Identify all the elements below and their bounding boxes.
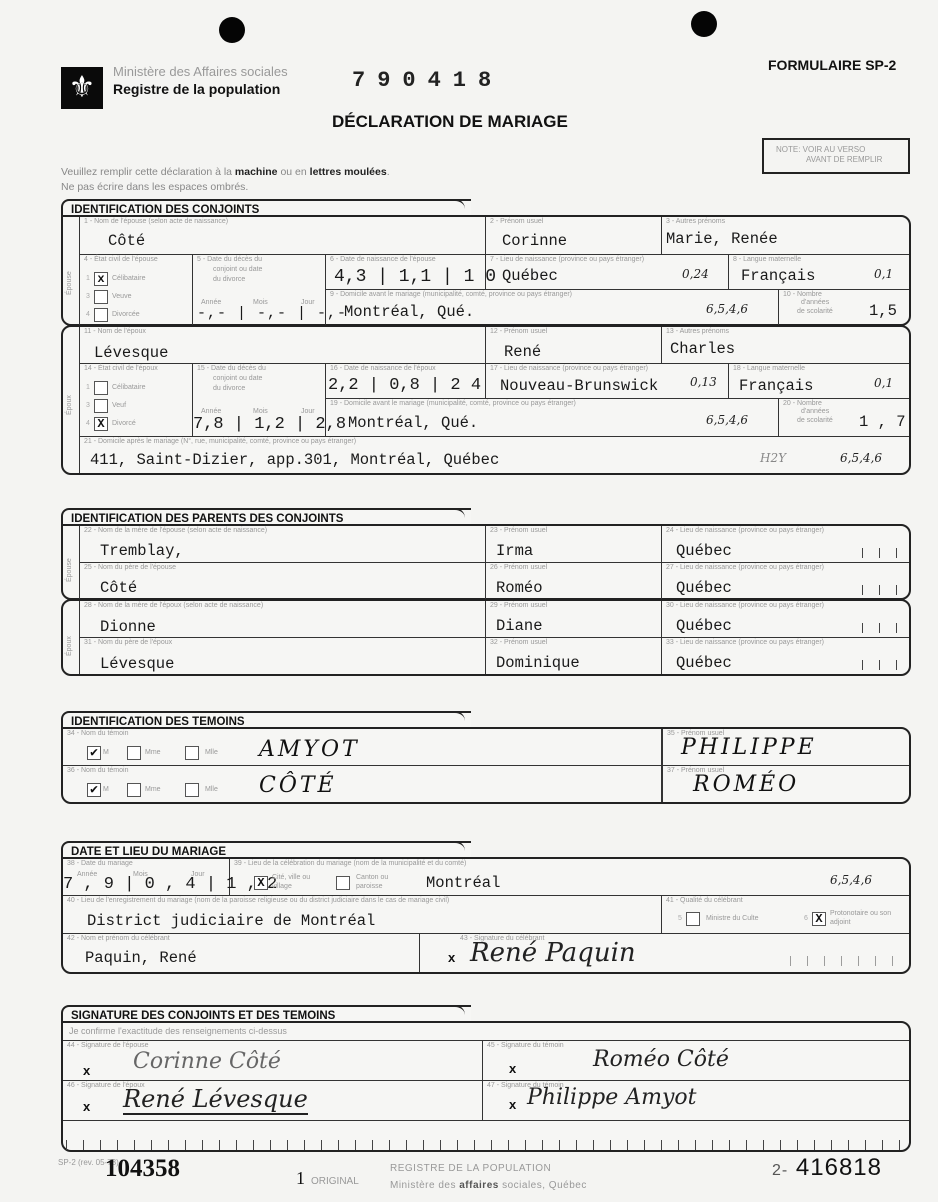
field-label: 5 - Date du décès du: [197, 256, 262, 263]
field-label: 33 - Lieu de naissance (province ou pays…: [666, 639, 824, 646]
field-value: AMYOT: [259, 737, 360, 762]
field-value: Charles: [670, 340, 735, 358]
field-label: 13 - Autres prénoms: [666, 328, 729, 335]
field-value: 1,5: [869, 302, 897, 320]
option-label: Mme: [145, 749, 161, 756]
ministry-name: Ministère des Affaires sociales: [113, 64, 288, 79]
field-label: d'années: [801, 299, 829, 306]
note-box: NOTE: VOIR AU VERSO AVANT DE REMPLIR: [762, 138, 910, 174]
signature-x-mark: x: [83, 1063, 90, 1078]
side-label-epoux: Époux: [66, 636, 73, 656]
checkbox-m[interactable]: ✔: [87, 746, 101, 760]
annee-label: Année: [201, 408, 221, 415]
checkbox-celibataire[interactable]: [94, 381, 108, 395]
option-num: 1: [86, 384, 90, 391]
option-num: 3: [86, 293, 90, 300]
field-prenom-epoux[interactable]: 12 - Prénom usuel René: [486, 327, 662, 364]
field-nom-epoux[interactable]: 11 - Nom de l'époux Lévesque: [79, 327, 486, 364]
checkbox-veuf[interactable]: [94, 399, 108, 413]
field-value: 411, Saint-Dizier, app.301, Montréal, Qu…: [90, 451, 499, 469]
field-label: 1 - Nom de l'épouse (selon acte de naiss…: [84, 218, 228, 225]
field-label: du divorce: [213, 276, 245, 283]
field-value: 4,3 | 1,1 | 1 0: [334, 267, 496, 287]
field-lieu-mere-epoux[interactable]: 30 - Lieu de naissance (province ou pays…: [662, 601, 909, 638]
field-prenom-pere-epoux[interactable]: 32 - Prénom usuel Dominique: [486, 638, 662, 674]
field-value: Tremblay,: [100, 542, 184, 560]
instructions: Veuillez remplir cette déclaration à la …: [61, 165, 390, 195]
field-label: 34 - Nom du témoin: [67, 730, 128, 737]
field-label: 24 - Lieu de naissance (province ou pays…: [666, 527, 824, 534]
instr-machine: machine: [235, 166, 278, 178]
field-mere-epoux[interactable]: 28 - Nom de la mère de l'époux (selon ac…: [79, 601, 486, 638]
side-label-epouse: Épouse: [66, 558, 73, 582]
checkbox-cite-ville-village[interactable]: X: [254, 876, 268, 890]
field-label: 16 - Date de naissance de l'époux: [330, 365, 436, 372]
field-enregistrement[interactable]: 40 - Lieu de l'enregistrement du mariage…: [63, 896, 662, 934]
footer-reg-post: sociales, Québec: [499, 1180, 587, 1191]
signature: Roméo Côté: [593, 1047, 729, 1072]
field-label: 38 - Date du mariage: [67, 860, 133, 867]
field-autres-prenoms-epoux[interactable]: 13 - Autres prénoms Charles: [662, 327, 909, 364]
form-id: FORMULAIRE SP-2: [768, 57, 896, 73]
footer-reg-line1: REGISTRE DE LA POPULATION: [390, 1163, 551, 1174]
field-label: 42 - Nom et prénom du célébrant: [67, 935, 170, 942]
copy-number: 1: [296, 1168, 305, 1188]
field-value: Diane: [496, 617, 543, 635]
confirm-statement: Je confirme l'exactitude des renseigneme…: [63, 1023, 909, 1041]
footer-reg-bold: affaires: [459, 1180, 499, 1191]
field-prenom-mere-epouse[interactable]: 23 - Prénom usuel Irma: [486, 526, 662, 563]
option-num: 4: [86, 420, 90, 427]
field-label: 41 - Qualité du célébrant: [666, 897, 743, 904]
field-domicile-epoux[interactable]: 19 - Domicile avant le mariage (municipa…: [326, 399, 779, 437]
field-qualite-celebrant: 41 - Qualité du célébrant 5 Ministre du …: [662, 896, 909, 934]
field-label: conjoint ou date: [213, 375, 262, 382]
option-label: Protonotaire ou son adjoint: [830, 909, 900, 927]
field-value: Montréal, Qué.: [344, 303, 474, 321]
field-signature-temoin-1[interactable]: 45 - Signature du témoin x Roméo Côté: [483, 1041, 909, 1081]
field-scolarite-epoux[interactable]: 20 - Nombre d'années de scolarité 1 , 7: [779, 399, 909, 437]
option-label: Cité, ville ou village: [272, 873, 316, 891]
field-label: 12 - Prénom usuel: [490, 328, 547, 335]
option-num: 6: [804, 915, 808, 922]
mois-label: Mois: [253, 408, 268, 415]
field-value: Lévesque: [94, 344, 168, 362]
field-label: 39 - Lieu de la célébration du mariage (…: [234, 860, 466, 867]
field-prenom-temoin-2[interactable]: 37 - Prénom usuel ROMÉO: [662, 766, 909, 802]
field-value: Côté: [100, 579, 137, 597]
registration-num: 416818: [796, 1154, 882, 1181]
field-nom-celebrant[interactable]: 42 - Nom et prénom du célébrant Paquin, …: [63, 934, 420, 972]
tick-strip: [66, 1140, 902, 1150]
field-value: Dionne: [100, 618, 156, 636]
field-date-divorce-epoux[interactable]: 15 - Date du décès du conjoint ou date d…: [193, 364, 326, 437]
checkbox-mme[interactable]: [127, 783, 141, 797]
field-value: CÔTÉ: [259, 773, 337, 798]
checkbox-divorcee[interactable]: [94, 308, 108, 322]
field-value: Québec: [676, 542, 732, 560]
document-number: 104358: [105, 1155, 180, 1183]
field-prenom-temoin-1[interactable]: 35 - Prénom usuel PHILIPPE: [662, 729, 909, 766]
confirm-text: Je confirme l'exactitude des renseigneme…: [69, 1026, 287, 1036]
checkbox-celibataire[interactable]: x: [94, 272, 108, 286]
option-num: 3: [86, 402, 90, 409]
field-langue-epoux[interactable]: 18 - Langue maternelle Français 0,1: [729, 364, 909, 399]
field-label: 17 - Lieu de naissance (province ou pays…: [490, 365, 648, 372]
field-nom-epouse[interactable]: 1 - Nom de l'épouse (selon acte de naiss…: [79, 217, 486, 255]
field-prenom-mere-epoux[interactable]: 29 - Prénom usuel Diane: [486, 601, 662, 638]
field-signature-epoux[interactable]: 46 - Signature de l'époux x René Lévesqu…: [63, 1081, 483, 1121]
field-label: 7 - Lieu de naissance (province ou pays …: [490, 256, 644, 263]
field-label: 20 - Nombre: [783, 400, 822, 407]
field-label: 21 - Domicile après le mariage (N°, rue,…: [84, 438, 356, 445]
option-label: Divorcée: [112, 311, 140, 318]
option-num: 1: [86, 275, 90, 282]
option-label: M: [103, 786, 109, 793]
signature-x-mark: x: [509, 1061, 516, 1076]
checkbox-ministre-du-culte[interactable]: [686, 912, 700, 926]
field-value: Corinne: [502, 232, 567, 250]
field-code: 0,1: [874, 376, 893, 390]
field-code: 6,5,4,6: [840, 451, 882, 465]
postal-code: H2Y: [760, 451, 786, 465]
copy-label: ORIGINAL: [311, 1176, 359, 1187]
field-value: Paquin, René: [85, 949, 197, 967]
note-line1: NOTE: VOIR AU VERSO: [776, 145, 908, 155]
field-label: 44 - Signature de l'épouse: [67, 1042, 149, 1049]
signature-x-mark: x: [83, 1099, 90, 1114]
registration-prefix: 2-: [772, 1162, 788, 1179]
option-label: Mme: [145, 786, 161, 793]
field-code: 6,5,4,6: [706, 302, 748, 316]
instr-text: Veuillez remplir cette déclaration à la: [61, 166, 235, 178]
option-num: 5: [678, 915, 682, 922]
field-temoin-1[interactable]: 34 - Nom du témoin ✔ M Mme Mlle AMYOT: [63, 729, 662, 766]
field-value: District judiciaire de Montréal: [87, 912, 375, 930]
field-value: Français: [739, 377, 813, 395]
field-lieu-pere-epoux[interactable]: 33 - Lieu de naissance (province ou pays…: [662, 638, 909, 674]
field-label: 2 - Prénom usuel: [490, 218, 543, 225]
field-label: conjoint ou date: [213, 266, 262, 273]
page-title: DÉCLARATION DE MARIAGE: [332, 112, 568, 132]
checkbox-veuve[interactable]: [94, 290, 108, 304]
field-mere-epouse[interactable]: 22 - Nom de la mère de l'épouse (selon a…: [79, 526, 486, 563]
copy-indicator: 1ORIGINAL: [296, 1168, 359, 1189]
option-label: Veuve: [112, 293, 131, 300]
field-label: 45 - Signature du témoin: [487, 1042, 564, 1049]
field-label: 18 - Langue maternelle: [733, 365, 805, 372]
field-label: de scolarité: [797, 308, 833, 315]
checkbox-canton-paroisse[interactable]: [336, 876, 350, 890]
option-num: 4: [86, 311, 90, 318]
field-label: 28 - Nom de la mère de l'époux (selon ac…: [84, 602, 263, 609]
checkbox-mlle[interactable]: [185, 783, 199, 797]
checkbox-mlle[interactable]: [185, 746, 199, 760]
field-signature-temoin-2[interactable]: 47 - Signature du témoin x Philippe Amyo…: [483, 1081, 909, 1121]
option-label: Mlle: [205, 786, 218, 793]
field-value: 7,8 | 1,2 | 2,8: [193, 415, 346, 434]
field-label: 10 - Nombre: [783, 291, 822, 298]
side-label-epouse: Épouse: [66, 271, 73, 295]
field-lieu-naissance-epouse[interactable]: 7 - Lieu de naissance (province ou pays …: [486, 255, 729, 290]
field-label: du divorce: [213, 385, 245, 392]
field-label: 27 - Lieu de naissance (province ou pays…: [666, 564, 824, 571]
signature: René Lévesque: [123, 1085, 308, 1115]
field-naissance-epoux[interactable]: 16 - Date de naissance de l'époux 2,2 | …: [326, 364, 486, 399]
field-scolarite-epouse[interactable]: 10 - Nombre d'années de scolarité 1,5: [779, 290, 909, 325]
signature: René Paquin: [470, 938, 636, 968]
field-label: d'années: [801, 408, 829, 415]
field-value: Irma: [496, 542, 533, 560]
instr-end: .: [387, 166, 390, 178]
field-etat-civil-epouse: 4 - État civil de l'épouse 1 x Célibatai…: [79, 255, 193, 325]
field-label: 31 - Nom du père de l'époux: [84, 639, 172, 646]
field-value: ROMÉO: [693, 772, 799, 797]
field-label: 29 - Prénom usuel: [490, 602, 547, 609]
signature: Corinne Côté: [133, 1049, 281, 1074]
field-label: 11 - Nom de l'époux: [84, 328, 146, 335]
field-label: 32 - Prénom usuel: [490, 639, 547, 646]
signature-x-mark: x: [448, 950, 455, 965]
checkbox-divorce[interactable]: X: [94, 417, 108, 431]
instr-lettres: lettres moulées: [310, 166, 387, 178]
field-value: PHILIPPE: [681, 735, 817, 760]
field-label: 19 - Domicile avant le mariage (municipa…: [330, 400, 576, 407]
footer-registry: REGISTRE DE LA POPULATION Ministère des …: [390, 1160, 587, 1194]
field-pere-epoux[interactable]: 31 - Nom du père de l'époux Lévesque: [79, 638, 486, 674]
field-label: de scolarité: [797, 417, 833, 424]
field-autres-prenoms-epouse[interactable]: 3 - Autres prénoms Marie, Renée: [662, 217, 909, 255]
field-domicile-apres[interactable]: 21 - Domicile après le mariage (N°, rue,…: [79, 437, 909, 473]
checkbox-mme[interactable]: [127, 746, 141, 760]
field-value: Montréal: [426, 874, 500, 892]
field-label: 30 - Lieu de naissance (province ou pays…: [666, 602, 824, 609]
field-label: 3 - Autres prénoms: [666, 218, 725, 225]
field-code: 0,24: [682, 267, 709, 281]
field-date-deces-epouse[interactable]: 5 - Date du décès du conjoint ou date du…: [193, 255, 326, 325]
field-label: 14 - État civil de l'époux: [84, 365, 158, 372]
field-signature-celebrant[interactable]: 43 - Signature du célébrant x René Paqui…: [420, 934, 909, 972]
field-value: 2,2 | 0,8 | 2 4: [328, 376, 481, 395]
option-label: Canton ou paroisse: [356, 873, 406, 891]
registry-name: Registre de la population: [113, 81, 280, 97]
checkbox-m[interactable]: ✔: [87, 783, 101, 797]
checkbox-protonotaire[interactable]: X: [812, 912, 826, 926]
instr-line2: Ne pas écrire dans les espaces ombrés.: [61, 181, 248, 193]
serial-number: 790418: [352, 68, 503, 93]
field-lieu-pere-epouse[interactable]: 27 - Lieu de naissance (province ou pays…: [662, 563, 909, 599]
footer-reg-pre: Ministère des: [390, 1180, 459, 1191]
signature-x-mark: x: [509, 1097, 516, 1112]
field-label: 22 - Nom de la mère de l'épouse (selon a…: [84, 527, 267, 534]
field-etat-civil-epoux: 14 - État civil de l'époux 1 Célibataire…: [79, 364, 193, 437]
option-label: M: [103, 749, 109, 756]
field-value: Montréal, Qué.: [348, 414, 478, 432]
instr-text-mid: ou en: [278, 166, 310, 178]
field-code: 6,5,4,6: [830, 873, 872, 887]
field-code: 0,1: [874, 267, 893, 281]
field-value: Québec: [676, 579, 732, 597]
field-value: Français: [741, 267, 815, 285]
option-label: Célibataire: [112, 275, 145, 282]
option-label: Célibataire: [112, 384, 145, 391]
option-label: Ministre du Culte: [706, 915, 759, 922]
punch-hole-left: [219, 17, 245, 43]
field-pere-epouse[interactable]: 25 - Nom du père de l'épouse Côté: [79, 563, 486, 599]
note-line2: AVANT DE REMPLIR: [776, 155, 908, 165]
registration-number: 2- 416818: [772, 1154, 882, 1182]
field-label: 36 - Nom du témoin: [67, 767, 128, 774]
field-prenom-epouse[interactable]: 2 - Prénom usuel Corinne: [486, 217, 662, 255]
field-label: 25 - Nom du père de l'épouse: [84, 564, 176, 571]
fleur-de-lis-logo-icon: ⚜: [61, 67, 103, 109]
field-label: 40 - Lieu de l'enregistrement du mariage…: [67, 897, 449, 904]
field-label: 26 - Prénom usuel: [490, 564, 547, 571]
field-lieu-naissance-epoux[interactable]: 17 - Lieu de naissance (province ou pays…: [486, 364, 729, 399]
field-label: 9 - Domicile avant le mariage (municipal…: [330, 291, 572, 298]
field-date-mariage[interactable]: 38 - Date du mariage Année Mois Jour 7 ,…: [63, 859, 230, 896]
option-label: Divorcé: [112, 420, 136, 427]
jour-label: Jour: [301, 408, 315, 415]
field-value: Québec: [676, 654, 732, 672]
field-label: 15 - Date du décès du: [197, 365, 266, 372]
field-value: Dominique: [496, 654, 580, 672]
field-value: Lévesque: [100, 655, 174, 673]
field-langue-epouse[interactable]: 8 - Langue maternelle Français 0,1: [729, 255, 909, 290]
field-label: 8 - Langue maternelle: [733, 256, 801, 263]
field-lieu-mere-epouse[interactable]: 24 - Lieu de naissance (province ou pays…: [662, 526, 909, 563]
field-value: Nouveau-Brunswick: [500, 377, 658, 395]
field-value: Québec: [676, 617, 732, 635]
signature: Philippe Amyot: [527, 1085, 697, 1110]
field-value: Marie, Renée: [666, 230, 778, 248]
option-label: Veuf: [112, 402, 126, 409]
field-temoin-2[interactable]: 36 - Nom du témoin ✔ M Mme Mlle CÔTÉ: [63, 766, 662, 802]
field-prenom-pere-epouse[interactable]: 26 - Prénom usuel Roméo: [486, 563, 662, 599]
field-label: 23 - Prénom usuel: [490, 527, 547, 534]
field-lieu-celebration[interactable]: 39 - Lieu de la célébration du mariage (…: [230, 859, 909, 896]
option-label: Mlle: [205, 749, 218, 756]
field-value: Côté: [108, 232, 145, 250]
field-naissance-epouse[interactable]: 6 - Date de naissance de l'épouse 4,3 | …: [326, 255, 486, 290]
field-label: 4 - État civil de l'épouse: [84, 256, 158, 263]
side-label-epoux: Époux: [66, 395, 73, 415]
punch-hole-right: [691, 11, 717, 37]
field-domicile-epouse[interactable]: 9 - Domicile avant le mariage (municipal…: [326, 290, 779, 325]
field-value: Roméo: [496, 579, 543, 597]
field-value: -,- | -,- | -,-: [197, 305, 347, 322]
field-value: Québec: [502, 267, 558, 285]
field-signature-epouse[interactable]: 44 - Signature de l'épouse x Corinne Côt…: [63, 1041, 483, 1081]
field-code: 6,5,4,6: [706, 413, 748, 427]
field-value: René: [504, 343, 541, 361]
field-value: 1 , 7: [859, 413, 906, 431]
field-code: 0,13: [690, 375, 717, 389]
field-label: 6 - Date de naissance de l'épouse: [330, 256, 436, 263]
